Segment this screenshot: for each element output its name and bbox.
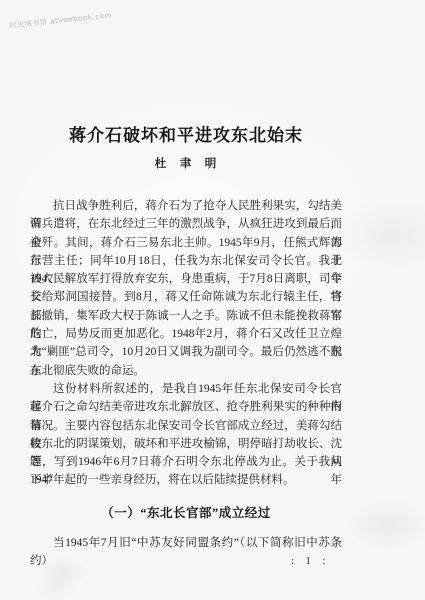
article-title: 蒋介石破坏和平进攻东北始末 — [30, 121, 342, 146]
body-line: 被歼。其间，蒋介石三易东北主帅。1945年9月，任熊式辉为东北 — [30, 234, 342, 252]
body-line: 蒋介石之命勾结美帝进攻东北解放区、抢夺胜利果实的种种内幕 — [30, 398, 342, 416]
body-line: 交给郑洞国接替。到8月，蒋又任命陈诚为东北行辕主任，将长官 — [30, 288, 342, 306]
section-heading: （一）“东北长官部”成立经过 — [30, 504, 342, 522]
body-line: 抗日战争胜利后，蒋介石为了抢夺人民胜利果实，勾结美帝， — [30, 197, 342, 215]
body-line: 北“剿匪”总司令，10月20日又调我为副司令。最后仍然逃不脱在 — [30, 343, 342, 361]
page-number: : 1 : — [291, 556, 330, 567]
body-line: 东北彻底失败的命运。 — [30, 362, 342, 380]
body-line: 调兵遣将，在东北经过三年的激烈战争，从疯狂进攻到最后而全部 — [30, 215, 342, 233]
article-author: 杜 聿 明 — [30, 155, 342, 171]
article-body: 抗日战争胜利后，蒋介石为了抢夺人民胜利果实，勾结美帝， 调兵遣将，在东北经过三年… — [30, 197, 342, 552]
body-line: 题，写到1946年6月7日蒋介石明令东北停战为止。关于我从1947年 — [30, 453, 342, 471]
body-line: 行营主任；同年10月18日，任我为东北保安司令长官。我于1947年 — [30, 252, 342, 270]
scanned-page: 时光图书馆 atimebook.com 蒋介石破坏和平进攻东北始末 杜 聿 明 … — [0, 0, 425, 600]
body-line: 被人民解放军打得放弃安东，身患重病，于7月8日离职，司令长官 — [30, 270, 342, 288]
watermark: 时光图书馆 atimebook.com — [9, 10, 112, 31]
body-line: 部撤销，集军政大权于陈诚一人之手。陈诚不但未能挽救蒋军的 — [30, 307, 342, 325]
body-line: 这份材料所叙述的，是我自1945年任东北保安司令长官起，衔 — [30, 380, 342, 398]
body-line: 危亡，局势反而更加恶化。1948年2月，蒋介石又改任卫立煌为东 — [30, 325, 342, 343]
body-line: 收东北的阴谋策划，破坏和平进攻榆锦，明停暗打劫收长、沈等问 — [30, 435, 342, 453]
body-line: 情况。主要内容包括东北保安司令长官部成立经过，美蒋勾结接 — [30, 417, 342, 435]
body-line: 当1945年7月旧“中苏友好同盟条约”（以下简称旧中苏条约） — [30, 534, 342, 552]
